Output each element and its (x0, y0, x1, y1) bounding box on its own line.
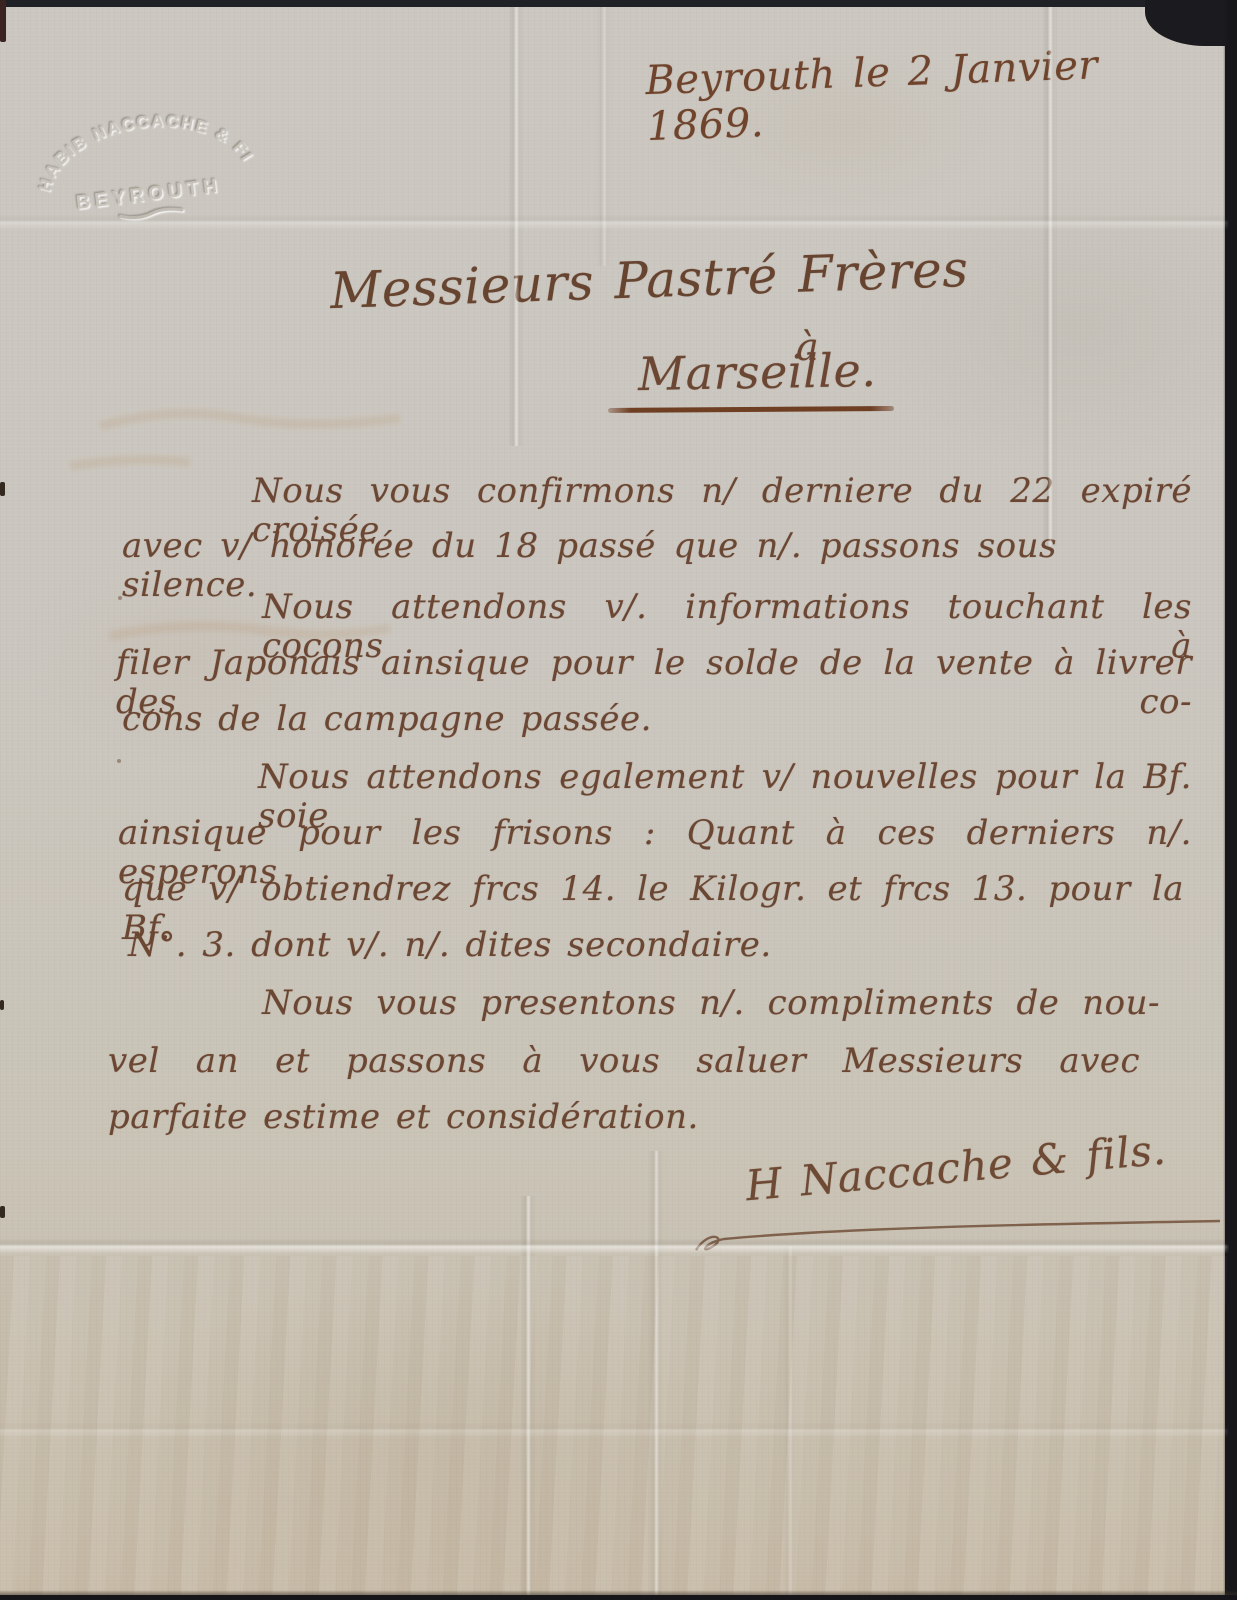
body-line: N°. 3. dont v/. n/. dites secondaire. (128, 926, 772, 965)
ink-speck (117, 759, 121, 763)
recipient-name: Messieurs Pastré Frères (329, 241, 969, 321)
recipient-city: Marseille. (638, 344, 877, 401)
body-line: cons de la campagne passée. (122, 700, 652, 739)
ink-speck (120, 876, 124, 880)
ink-speck (118, 596, 122, 600)
scan-edge-mark (0, 1000, 4, 1010)
letter-paper: HABIB NACCACHE & FILS BEYROUTH Beyrouth … (0, 6, 1225, 1595)
fold-crease-horizontal (0, 214, 1237, 230)
stamp-arc-text: HABIB NACCACHE & FILS (20, 70, 258, 197)
body-line: vel an et passons à vous saluer Messieur… (108, 1042, 1140, 1081)
scan-edge-right (1223, 0, 1237, 1600)
body-line: Nous vous presentons n/. compliments de … (262, 984, 1160, 1023)
embossed-stamp: HABIB NACCACHE & FILS BEYROUTH (20, 70, 275, 238)
fold-crease-vertical (1042, 6, 1058, 546)
recipient-underline (608, 406, 894, 413)
dateline: Beyrouth le 2 Janvier 1869. (645, 38, 1227, 150)
body-line: parfaite estime et considération. (108, 1098, 699, 1137)
scan-edge-bottom (0, 1595, 1237, 1600)
scan-edge-top (0, 0, 1237, 7)
scan-background: HABIB NACCACHE & FILS BEYROUTH Beyrouth … (0, 0, 1237, 1600)
scan-edge-mark (0, 1206, 5, 1218)
signature: H Naccache & fils. (744, 1126, 1168, 1211)
paper-texture-streaks (0, 1256, 1237, 1600)
scan-edge-mark (0, 0, 6, 42)
svg-text:HABIB NACCACHE & FILS: HABIB NACCACHE & FILS (20, 70, 258, 197)
scan-edge-mark (0, 482, 5, 496)
stamp-city-text: BEYROUTH (75, 175, 223, 214)
fold-crease-horizontal (0, 1238, 1237, 1254)
